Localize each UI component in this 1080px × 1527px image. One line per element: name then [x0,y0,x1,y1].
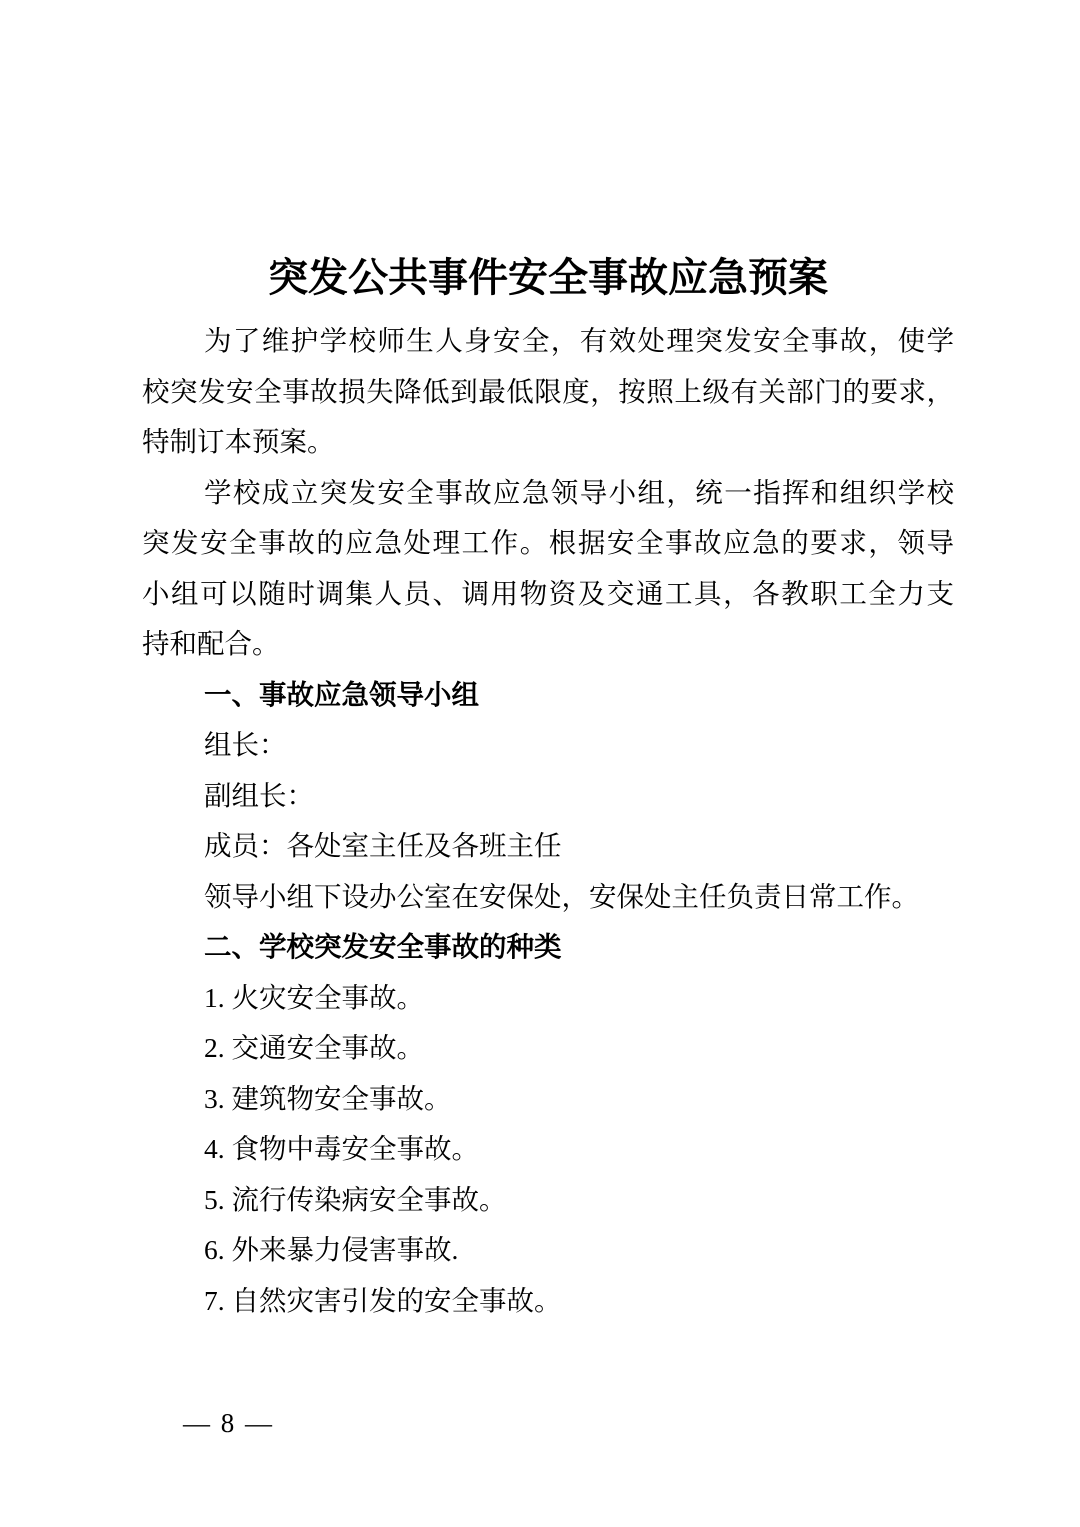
office-line: 领导小组下设办公室在安保处，安保处主任负责日常工作。 [142,872,954,923]
paragraph-line: 小组可以随时调集人员、调用物资及交通工具，各教职工全力支 [142,569,954,620]
list-item-epidemic: 5. 流行传染病安全事故。 [142,1175,954,1226]
list-item-building: 3. 建筑物安全事故。 [142,1074,954,1125]
list-item-disaster: 7. 自然灾害引发的安全事故。 [142,1276,954,1327]
list-item-violence: 6. 外来暴力侵害事故. [142,1225,954,1276]
members-line: 成员：各处室主任及各班主任 [142,821,954,872]
leader-line: 组长： [142,720,954,771]
list-item-food: 4. 食物中毒安全事故。 [142,1124,954,1175]
paragraph-line: 特制订本预案。 [142,417,954,468]
document-content: 突发公共事件安全事故应急预案 为了维护学校师生人身安全，有效处理突发安全事故，使… [0,248,1080,1438]
list-item-fire: 1. 火灾安全事故。 [142,973,954,1024]
paragraph-line: 持和配合。 [142,619,954,670]
document-page: 突发公共事件安全事故应急预案 为了维护学校师生人身安全，有效处理突发安全事故，使… [0,0,1080,1527]
section2-heading: 二、学校突发安全事故的种类 [142,922,954,973]
paragraph-line: 为了维护学校师生人身安全，有效处理突发安全事故，使学 [142,316,954,367]
section-leadership-group: 一、事故应急领导小组 组长： 副组长： 成员：各处室主任及各班主任 领导小组下设… [142,670,954,923]
paragraph-line: 突发安全事故的应急处理工作。根据安全事故应急的要求，领导 [142,518,954,569]
list-item-traffic: 2. 交通安全事故。 [142,1023,954,1074]
paragraph-line: 校突发安全事故损失降低到最低限度，按照上级有关部门的要求， [142,367,954,418]
intro-paragraph-1: 为了维护学校师生人身安全，有效处理突发安全事故，使学 校突发安全事故损失降低到最… [142,316,954,468]
section1-heading: 一、事故应急领导小组 [142,670,954,721]
document-title: 突发公共事件安全事故应急预案 [142,248,954,308]
document-body: 为了维护学校师生人身安全，有效处理突发安全事故，使学 校突发安全事故损失降低到最… [142,316,954,1438]
section-accident-types: 二、学校突发安全事故的种类 1. 火灾安全事故。 2. 交通安全事故。 3. 建… [142,922,954,1326]
deputy-leader-line: 副组长： [142,771,954,822]
paragraph-line: 学校成立突发安全事故应急领导小组，统一指挥和组织学校 [142,468,954,519]
page-number: — 8 — [183,1408,954,1438]
intro-paragraph-2: 学校成立突发安全事故应急领导小组，统一指挥和组织学校 突发安全事故的应急处理工作… [142,468,954,670]
